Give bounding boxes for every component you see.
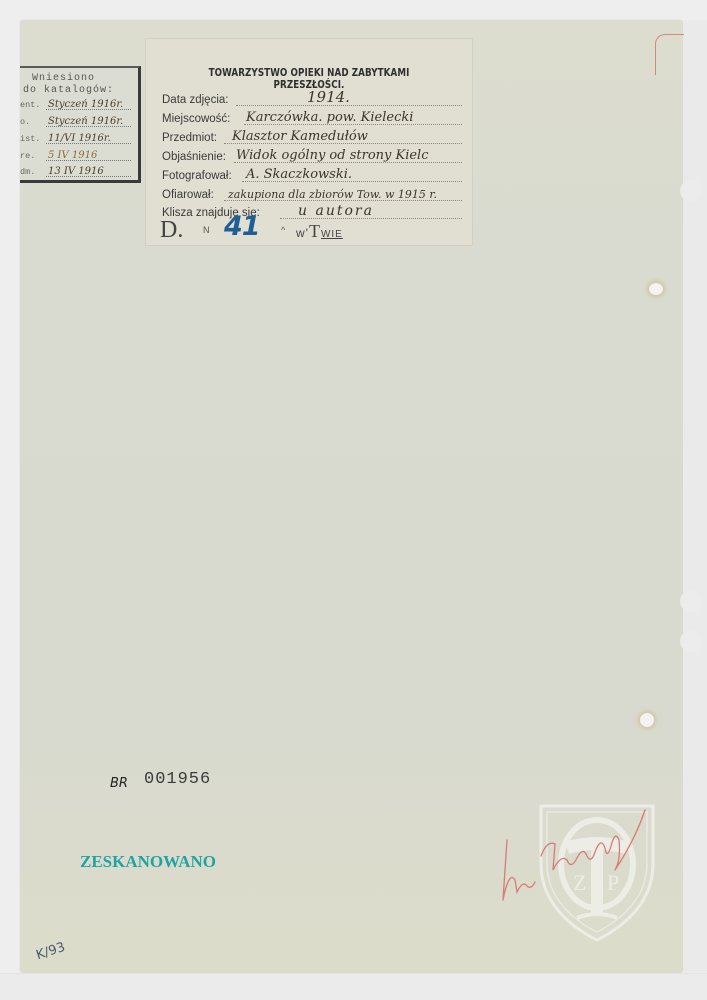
stamp-row: re. 5 IV 1916 [20,146,135,163]
punch-notch [680,180,702,202]
field-photographer: Fotografował: A. Skaczkowski. [162,165,462,184]
scanner-margin [683,20,707,973]
field-value: A. Skaczkowski. [246,167,352,182]
stamp-row-value: 11/VI 1916r. [48,133,111,144]
br-prefix: BR [110,776,128,791]
stamp-row-value: 13 IV 1916 [48,166,104,177]
stamp-row-label: o. [20,117,30,127]
stamp-row-value: 5 IV 1916 [48,150,97,161]
damaged-hole [649,283,663,295]
field-label: Objaśnienie: [162,151,226,163]
inventory-prefix: D. [160,217,183,244]
inventory-caret: ^ [281,225,285,235]
field-photo-date: Data zdjęcia: 1914. [162,89,462,108]
stamp-row: o. Styczeń 1916r. [20,112,135,129]
field-value: 1914. [307,88,350,106]
field-subject: Przedmiot: Klasztor Kamedułów [162,127,462,146]
red-signature-icon [495,800,675,920]
red-pencil-corner-mark [655,34,684,75]
stamp-row-label: dm. [20,167,35,177]
stamp-row-label: ist. [20,134,40,144]
field-value: Widok ogólny od strony Kielc [236,148,429,163]
stamp-row: ist. 11/VI 1916r. [20,129,135,146]
field-label: Miejscowość: [162,113,230,125]
stamp-row: ent. Styczeń 1916r. [20,95,135,112]
catalog-stamp: Wniesiono do katalogów: ent. Styczeń 191… [20,66,141,183]
field-label: Fotografował: [162,170,232,182]
inventory-number: 41 [224,211,260,242]
punch-notch [680,630,702,652]
field-value: Karczówka. pow. Kielecki [246,110,413,125]
stamp-row-value: Styczeń 1916r. [48,116,123,127]
stamp-row-value: Styczeń 1916r. [48,99,123,110]
stamp-row-label: re. [20,151,35,161]
br-number: 001956 [144,770,211,789]
inventory-mark: N [203,225,210,235]
field-description: Objaśnienie: Widok ogólny od strony Kiel… [162,146,462,165]
field-donor: Ofiarował: zakupiona dla zbiorów Tow. w … [162,184,462,203]
field-label: Przedmiot: [162,132,217,144]
scanner-bottom-margin [0,973,707,1000]
field-value: zakupiona dla zbiorów Tow. w 1915 r. [228,188,437,201]
inventory-suffix: w'TWIE [296,221,343,242]
scanned-stamp: ZESKANOWANO [80,852,216,872]
field-label: Data zdjęcia: [162,94,228,106]
punch-notch [680,590,702,612]
field-label: Ofiarował: [162,189,214,201]
inventory-number-row: D. N 41 ^ w'TWIE [156,215,466,245]
stamp-title: Wniesiono [32,73,95,84]
field-locality: Miejscowość: Karczówka. pow. Kielecki [162,108,462,127]
stamp-row: dm. 13 IV 1916 [20,162,135,179]
punch-hole [640,713,654,727]
field-value: Klasztor Kamedułów [232,129,368,144]
society-label-card: TOWARZYSTWO OPIEKI NAD ZABYTKAMI PRZESZŁ… [145,38,473,246]
stamp-row-label: ent. [20,100,40,110]
